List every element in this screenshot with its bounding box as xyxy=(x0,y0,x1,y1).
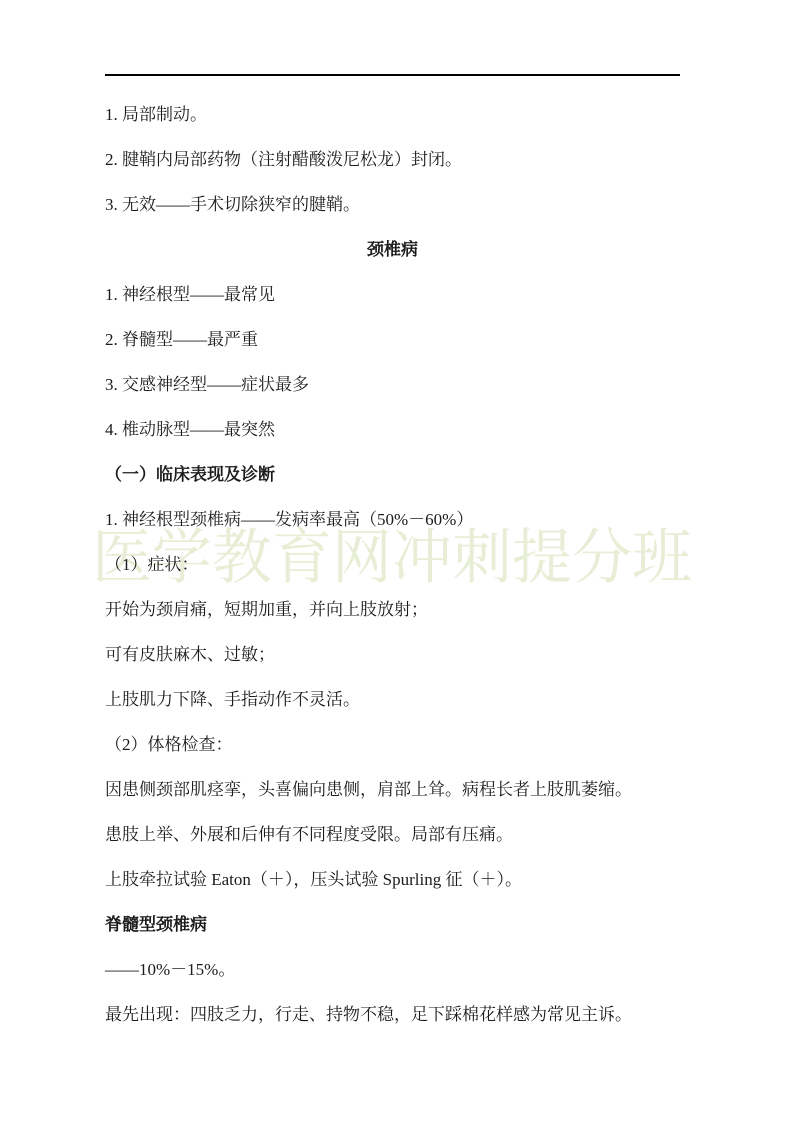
list-item-4: 4. 椎动脉型——最突然 xyxy=(105,421,680,439)
list-item-2: 2. 脊髓型——最严重 xyxy=(105,331,680,349)
section-title-cervical-spondylosis: 颈椎病 xyxy=(105,241,680,259)
paragraph-exam-tests: 上肢牵拉试验 Eaton（＋），压头试验 Spurling 征（＋）。 xyxy=(105,871,680,889)
subsection-heading-myelopathy: 脊髓型颈椎病 xyxy=(105,916,680,934)
paragraph-symptom-3: 上肢肌力下降、手指动作不灵活。 xyxy=(105,691,680,709)
header-rule xyxy=(105,74,680,76)
paragraph-2: 2. 腱鞘内局部药物（注射醋酸泼尼松龙）封闭。 xyxy=(105,151,680,169)
list-item-1: 1. 神经根型——最常见 xyxy=(105,286,680,304)
paragraph-myelopathy-rate: ——10%－15%。 xyxy=(105,961,680,979)
paragraph-physical-exam-label: （2）体格检查： xyxy=(105,736,680,754)
document-page: 医学教育网冲刺提分班 1. 局部制动。 2. 腱鞘内局部药物（注射醋酸泼尼松龙）… xyxy=(0,0,793,1122)
paragraph-exam-1: 因患侧颈部肌痉挛，头喜偏向患侧，肩部上耸。病程长者上肢肌萎缩。 xyxy=(105,781,680,799)
paragraph-incidence: 1. 神经根型颈椎病——发病率最高（50%－60%） xyxy=(105,511,680,529)
paragraph-myelopathy-signs: 最先出现：四肢乏力，行走、持物不稳，足下踩棉花样感为常见主诉。 xyxy=(105,1006,680,1024)
list-item-3: 3. 交感神经型——症状最多 xyxy=(105,376,680,394)
paragraph-symptom-1: 开始为颈肩痛，短期加重，并向上肢放射； xyxy=(105,601,680,619)
document-content: 1. 局部制动。 2. 腱鞘内局部药物（注射醋酸泼尼松龙）封闭。 3. 无效——… xyxy=(0,0,793,1024)
paragraph-symptom-2: 可有皮肤麻木、过敏； xyxy=(105,646,680,664)
paragraph-exam-2: 患肢上举、外展和后伸有不同程度受限。局部有压痛。 xyxy=(105,826,680,844)
paragraph-symptoms-label: （1）症状： xyxy=(105,556,680,574)
paragraph-3: 3. 无效——手术切除狭窄的腱鞘。 xyxy=(105,196,680,214)
paragraph-1: 1. 局部制动。 xyxy=(105,106,680,124)
subsection-heading-clinical: （一）临床表现及诊断 xyxy=(105,466,680,484)
